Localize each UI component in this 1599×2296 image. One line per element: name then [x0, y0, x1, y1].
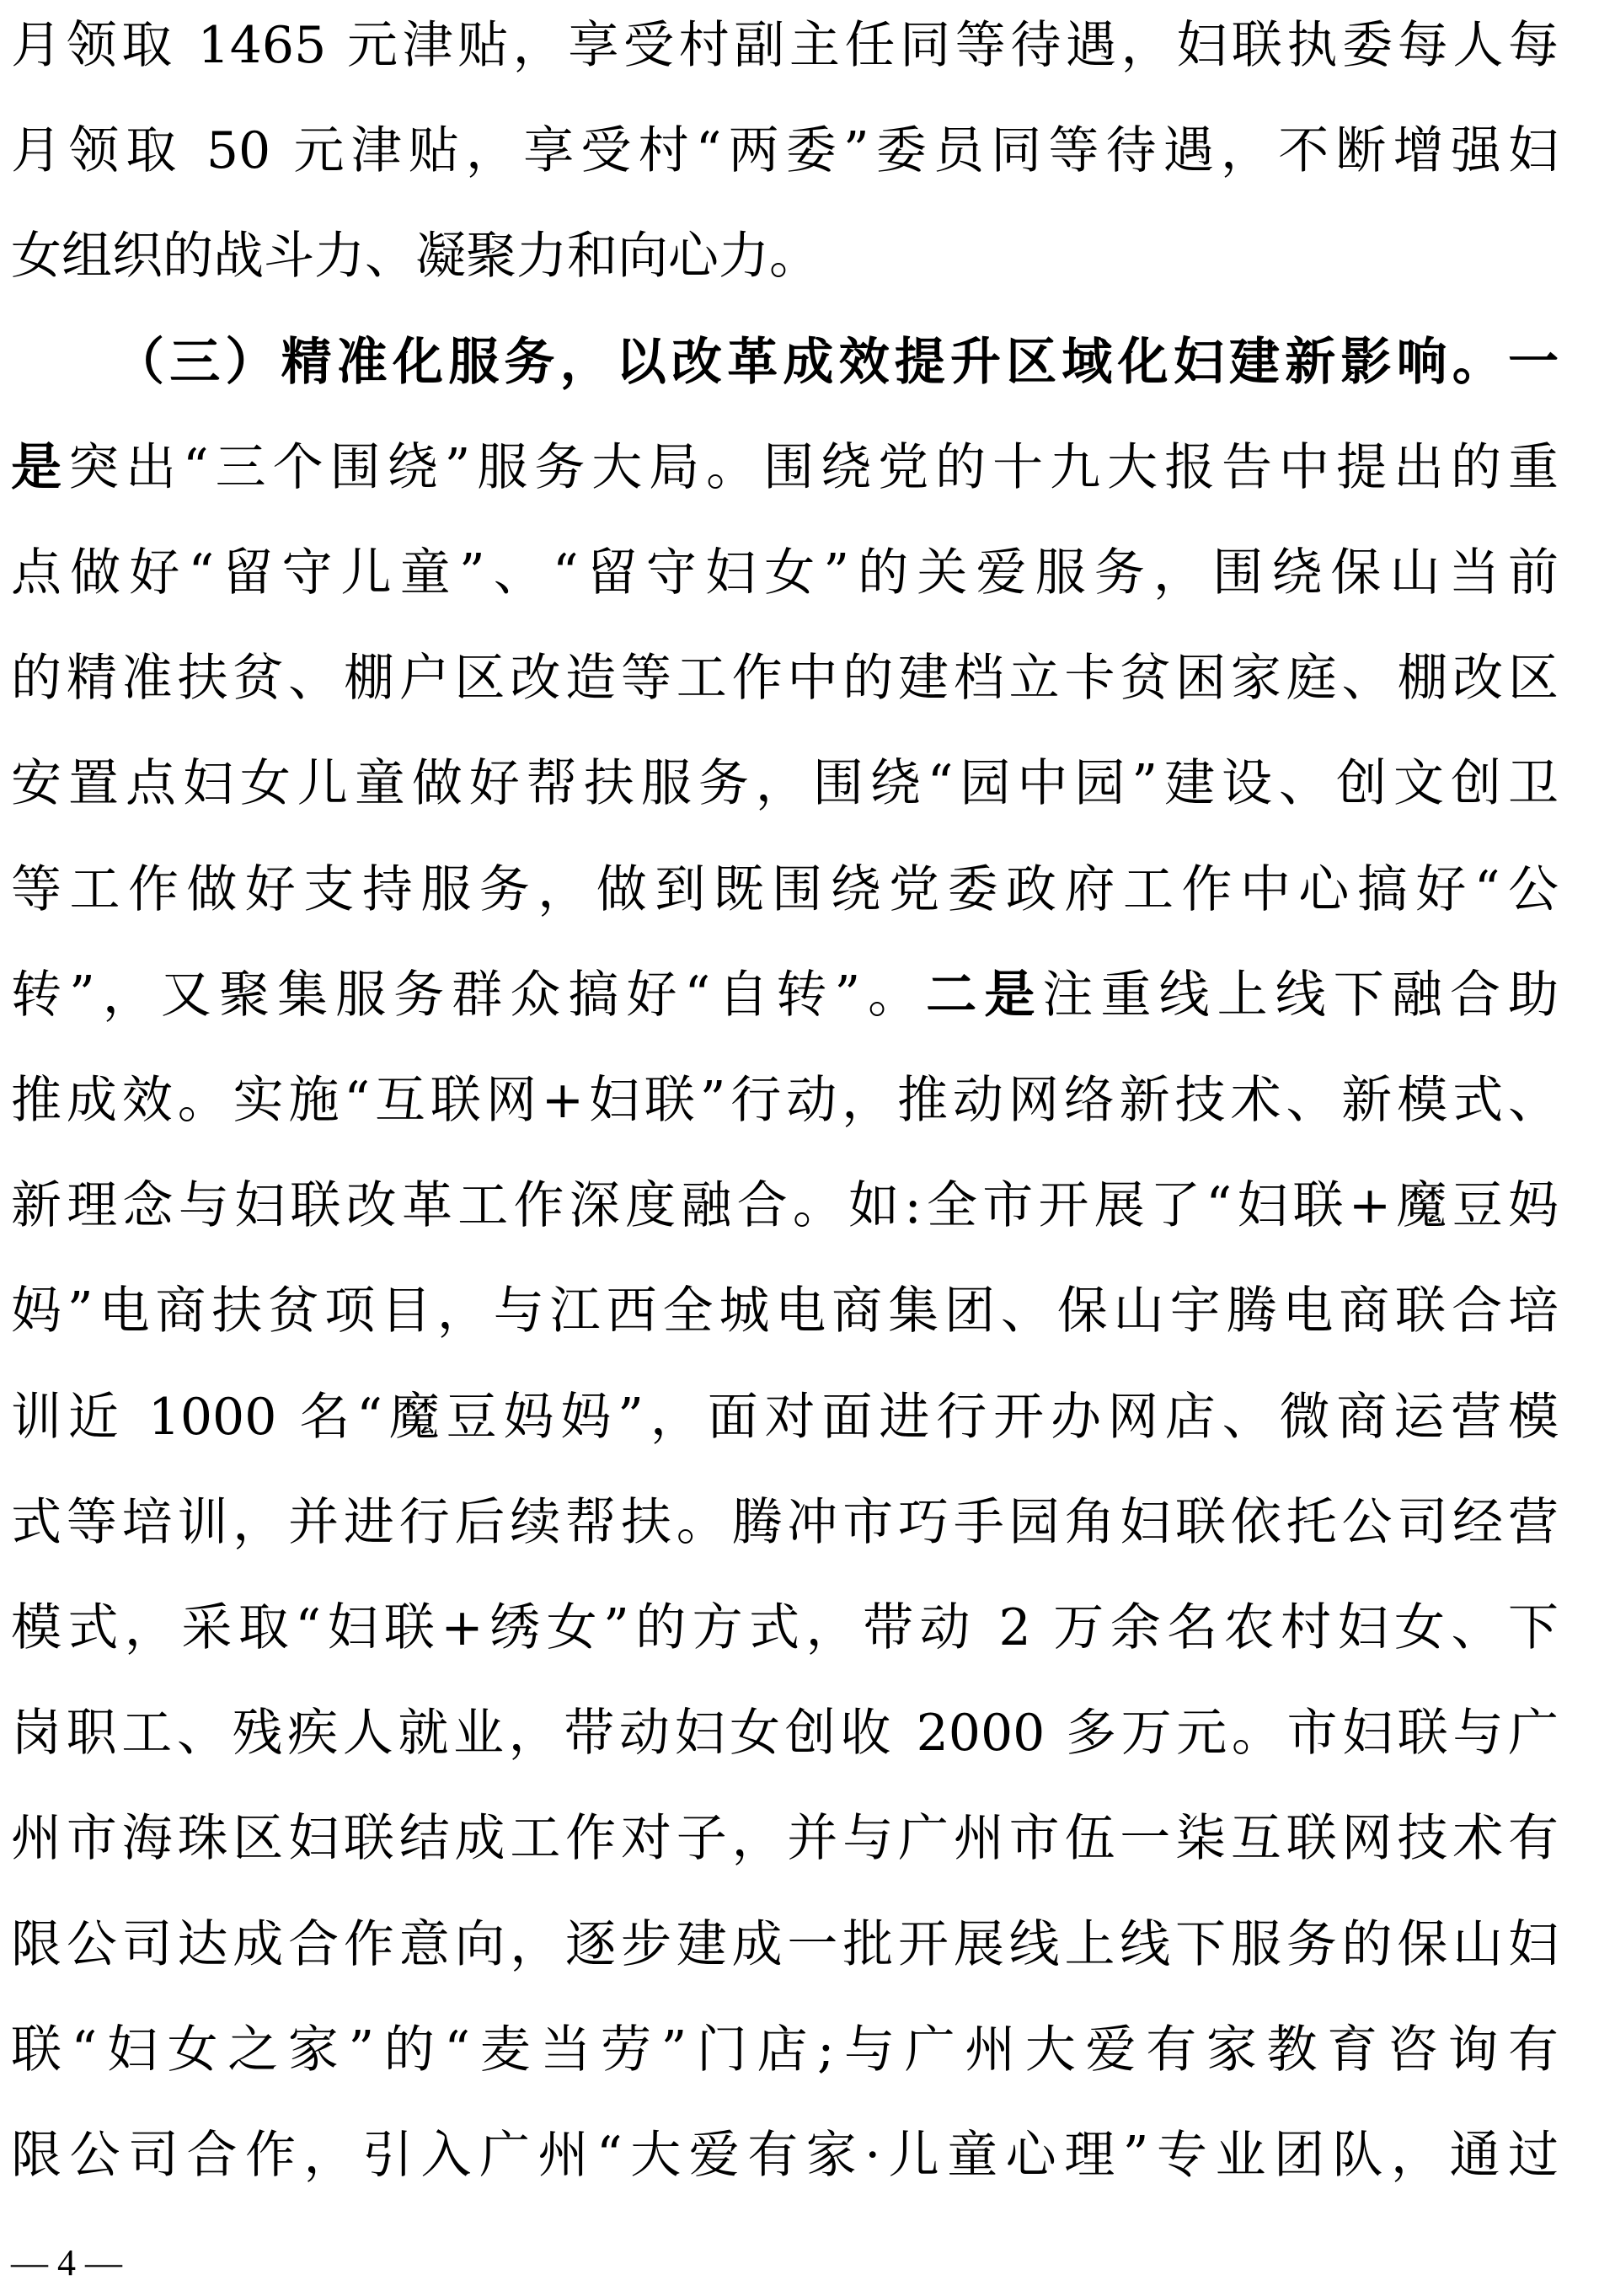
text-line: 模式，采取“妇联+绣女”的方式，带动 2 万余名农村妇女、下	[11, 1601, 1559, 1655]
text-segment: 岗职工、残疾人就业，带动妇女创收 2000 多万元。市妇联与广	[11, 1704, 1559, 1763]
text-line: 点做好“留守儿童”、“留守妇女”的关爱服务，围绕保山当前	[11, 546, 1559, 600]
text-line: 转”，又聚集服务群众搞好“自转”。二是注重线上线下融合助	[11, 968, 1559, 1022]
bold-lead-text: 是	[11, 438, 68, 497]
section-heading-line: （三）精准化服务，以改革成效提升区域化妇建新影响。一	[114, 335, 1559, 389]
text-segment: 月领取 50 元津贴，享受村“两委”委员同等待遇，不断增强妇	[11, 121, 1559, 180]
text-line: 新理念与妇联改革工作深度融合。如:全市开展了“妇联+魔豆妈	[11, 1179, 1559, 1233]
text-line: 的精准扶贫、棚户区改造等工作中的建档立卡贫困家庭、棚改区	[11, 651, 1559, 705]
text-line: 等工作做好支持服务，做到既围绕党委政府工作中心搞好“公	[11, 863, 1559, 917]
text-segment: 女组织的战斗力、凝聚力和向心力。	[11, 227, 820, 286]
page-number-footer: — 4 —	[11, 2243, 122, 2283]
text-segment: 注重线上线下融合助	[1042, 966, 1559, 1025]
text-segment: 的精准扶贫、棚户区改造等工作中的建档立卡贫困家庭、棚改区	[11, 649, 1559, 708]
text-segment: 新理念与妇联改革工作深度融合。如:全市开展了“妇联+魔豆妈	[11, 1176, 1559, 1235]
text-line: 限公司合作，引入广州“大爱有家·儿童心理”专业团队，通过	[11, 2128, 1559, 2182]
text-segment: 点做好“留守儿童”、“留守妇女”的关爱服务，围绕保山当前	[11, 543, 1559, 602]
text-line: 月领取 1465 元津贴，享受村副主任同等待遇，妇联执委每人每	[11, 19, 1559, 72]
document-page: 月领取 1465 元津贴，享受村副主任同等待遇，妇联执委每人每 月领取 50 元…	[0, 0, 1599, 2296]
text-line: 是突出“三个围绕”服务大局。围绕党的十九大报告中提出的重	[11, 441, 1559, 495]
text-line: 限公司达成合作意向，逐步建成一批开展线上线下服务的保山妇	[11, 1918, 1559, 1972]
text-line: 州市海珠区妇联结成工作对子，并与广州市伍一柒互联网技术有	[11, 1812, 1559, 1865]
text-line: 训近 1000 名“魔豆妈妈”，面对面进行开办网店、微商运营模	[11, 1390, 1559, 1444]
text-segment: 州市海珠区妇联结成工作对子，并与广州市伍一柒互联网技术有	[11, 1809, 1559, 1868]
text-segment: 限公司达成合作意向，逐步建成一批开展线上线下服务的保山妇	[11, 1915, 1559, 1974]
text-segment: 联“妇女之家”的“麦当劳”门店;与广州大爱有家教育咨询有	[11, 2020, 1559, 2079]
text-segment: 月领取 1465 元津贴，享受村副主任同等待遇，妇联执委每人每	[11, 16, 1559, 75]
text-segment: 转”，又聚集服务群众搞好“自转”。	[11, 966, 926, 1025]
text-segment: 安置点妇女儿童做好帮扶服务，围绕“园中园”建设、创文创卫	[11, 754, 1559, 813]
bold-lead-text: 一	[1508, 333, 1559, 392]
text-line: 月领取 50 元津贴，享受村“两委”委员同等待遇，不断增强妇	[11, 124, 1559, 178]
section-heading: （三）精准化服务，以改革成效提升区域化妇建新影响。	[114, 333, 1508, 392]
text-segment: 等工作做好支持服务，做到既围绕党委政府工作中心搞好“公	[11, 860, 1559, 919]
text-segment: 限公司合作，引入广州“大爱有家·儿童心理”专业团队，通过	[11, 2126, 1559, 2185]
text-line: 安置点妇女儿童做好帮扶服务，围绕“园中园”建设、创文创卫	[11, 757, 1559, 811]
text-line: 岗职工、残疾人就业，带动妇女创收 2000 多万元。市妇联与广	[11, 1706, 1559, 1760]
text-line: 女组织的战斗力、凝聚力和向心力。	[11, 229, 820, 283]
text-segment: 模式，采取“妇联+绣女”的方式，带动 2 万余名农村妇女、下	[11, 1598, 1559, 1657]
text-segment: 训近 1000 名“魔豆妈妈”，面对面进行开办网店、微商运营模	[11, 1388, 1559, 1447]
bold-lead-text: 二是	[926, 966, 1042, 1025]
text-line: 妈”电商扶贫项目，与江西全城电商集团、保山宇腾电商联合培	[11, 1284, 1559, 1338]
text-segment: 推成效。实施“互联网+妇联”行动，推动网络新技术、新模式、	[11, 1071, 1559, 1130]
text-segment: 妈”电商扶贫项目，与江西全城电商集团、保山宇腾电商联合培	[11, 1282, 1559, 1341]
text-line: 联“妇女之家”的“麦当劳”门店;与广州大爱有家教育咨询有	[11, 2023, 1559, 2077]
text-line: 推成效。实施“互联网+妇联”行动，推动网络新技术、新模式、	[11, 1073, 1559, 1127]
text-segment: 突出“三个围绕”服务大局。围绕党的十九大报告中提出的重	[68, 438, 1559, 497]
text-segment: 式等培训，并进行后续帮扶。腾冲市巧手园角妇联依托公司经营	[11, 1493, 1559, 1552]
text-line: 式等培训，并进行后续帮扶。腾冲市巧手园角妇联依托公司经营	[11, 1496, 1559, 1549]
